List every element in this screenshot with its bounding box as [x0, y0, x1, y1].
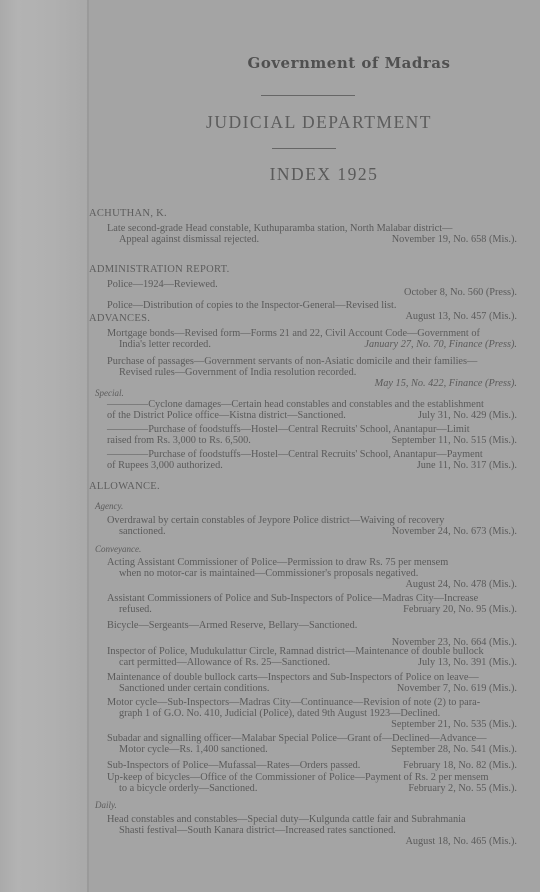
index-entry: Purchase of passages—Government servants…	[107, 356, 517, 389]
index-entry: ————Purchase of foodstuffs—Hostel—Centra…	[107, 424, 517, 446]
header-divider	[261, 95, 355, 96]
government-title: Government of Madras	[199, 54, 499, 72]
index-entry: Inspector of Police, Mudukulattur Circle…	[107, 646, 517, 668]
index-title: INDEX 1925	[199, 164, 449, 185]
index-entry: Late second-grade Head constable, Kuthup…	[107, 223, 517, 245]
index-entry: Assistant Commissioners of Police and Su…	[107, 593, 517, 615]
index-entry: Police—1924—Reviewed. October 8, No. 560…	[107, 279, 517, 298]
index-entry: Mortgage bonds—Revised form—Forms 21 and…	[107, 328, 517, 350]
section-heading: ADMINISTRATION REPORT.	[89, 264, 230, 275]
subsection-label: Conveyance.	[95, 544, 141, 555]
index-entry: ————Cyclone damages—Certain head constab…	[107, 399, 517, 421]
subsection-label: Agency.	[95, 501, 123, 512]
subsection-label: Special.	[95, 388, 124, 399]
index-entry: Overdrawal by certain constables of Jeyp…	[107, 515, 517, 537]
index-entry: Subadar and signalling officer—Malabar S…	[107, 733, 517, 755]
index-entry: Acting Assistant Commissioner of Police—…	[107, 557, 517, 590]
left-page-margin	[0, 0, 88, 892]
section-heading: ALLOWANCE.	[89, 481, 160, 492]
index-entry: Motor cycle—Sub-Inspectors—Madras City—C…	[107, 697, 517, 730]
section-heading: ADVANCES.	[89, 313, 150, 324]
index-entry: Bicycle—Sergeants—Armed Reserve, Bellary…	[107, 620, 517, 648]
department-title: JUDICIAL DEPARTMENT	[174, 112, 464, 133]
index-entry: Up-keep of bicycles—Office of the Commis…	[107, 772, 517, 794]
subsection-label: Daily.	[95, 800, 117, 811]
document-page: Government of Madras JUDICIAL DEPARTMENT…	[89, 0, 540, 892]
section-heading: ACHUTHAN, K.	[89, 208, 167, 219]
header-divider	[272, 148, 336, 149]
index-entry: ————Purchase of foodstuffs—Hostel—Centra…	[107, 449, 517, 471]
index-entry: Head constables and constables—Special d…	[107, 814, 517, 847]
index-entry: Sub-Inspectors of Police—Mufassal—Rates—…	[107, 760, 517, 771]
index-entry: Police—Distribution of copies to the Ins…	[107, 300, 517, 322]
index-entry: Maintenance of double bullock carts—Insp…	[107, 672, 517, 694]
